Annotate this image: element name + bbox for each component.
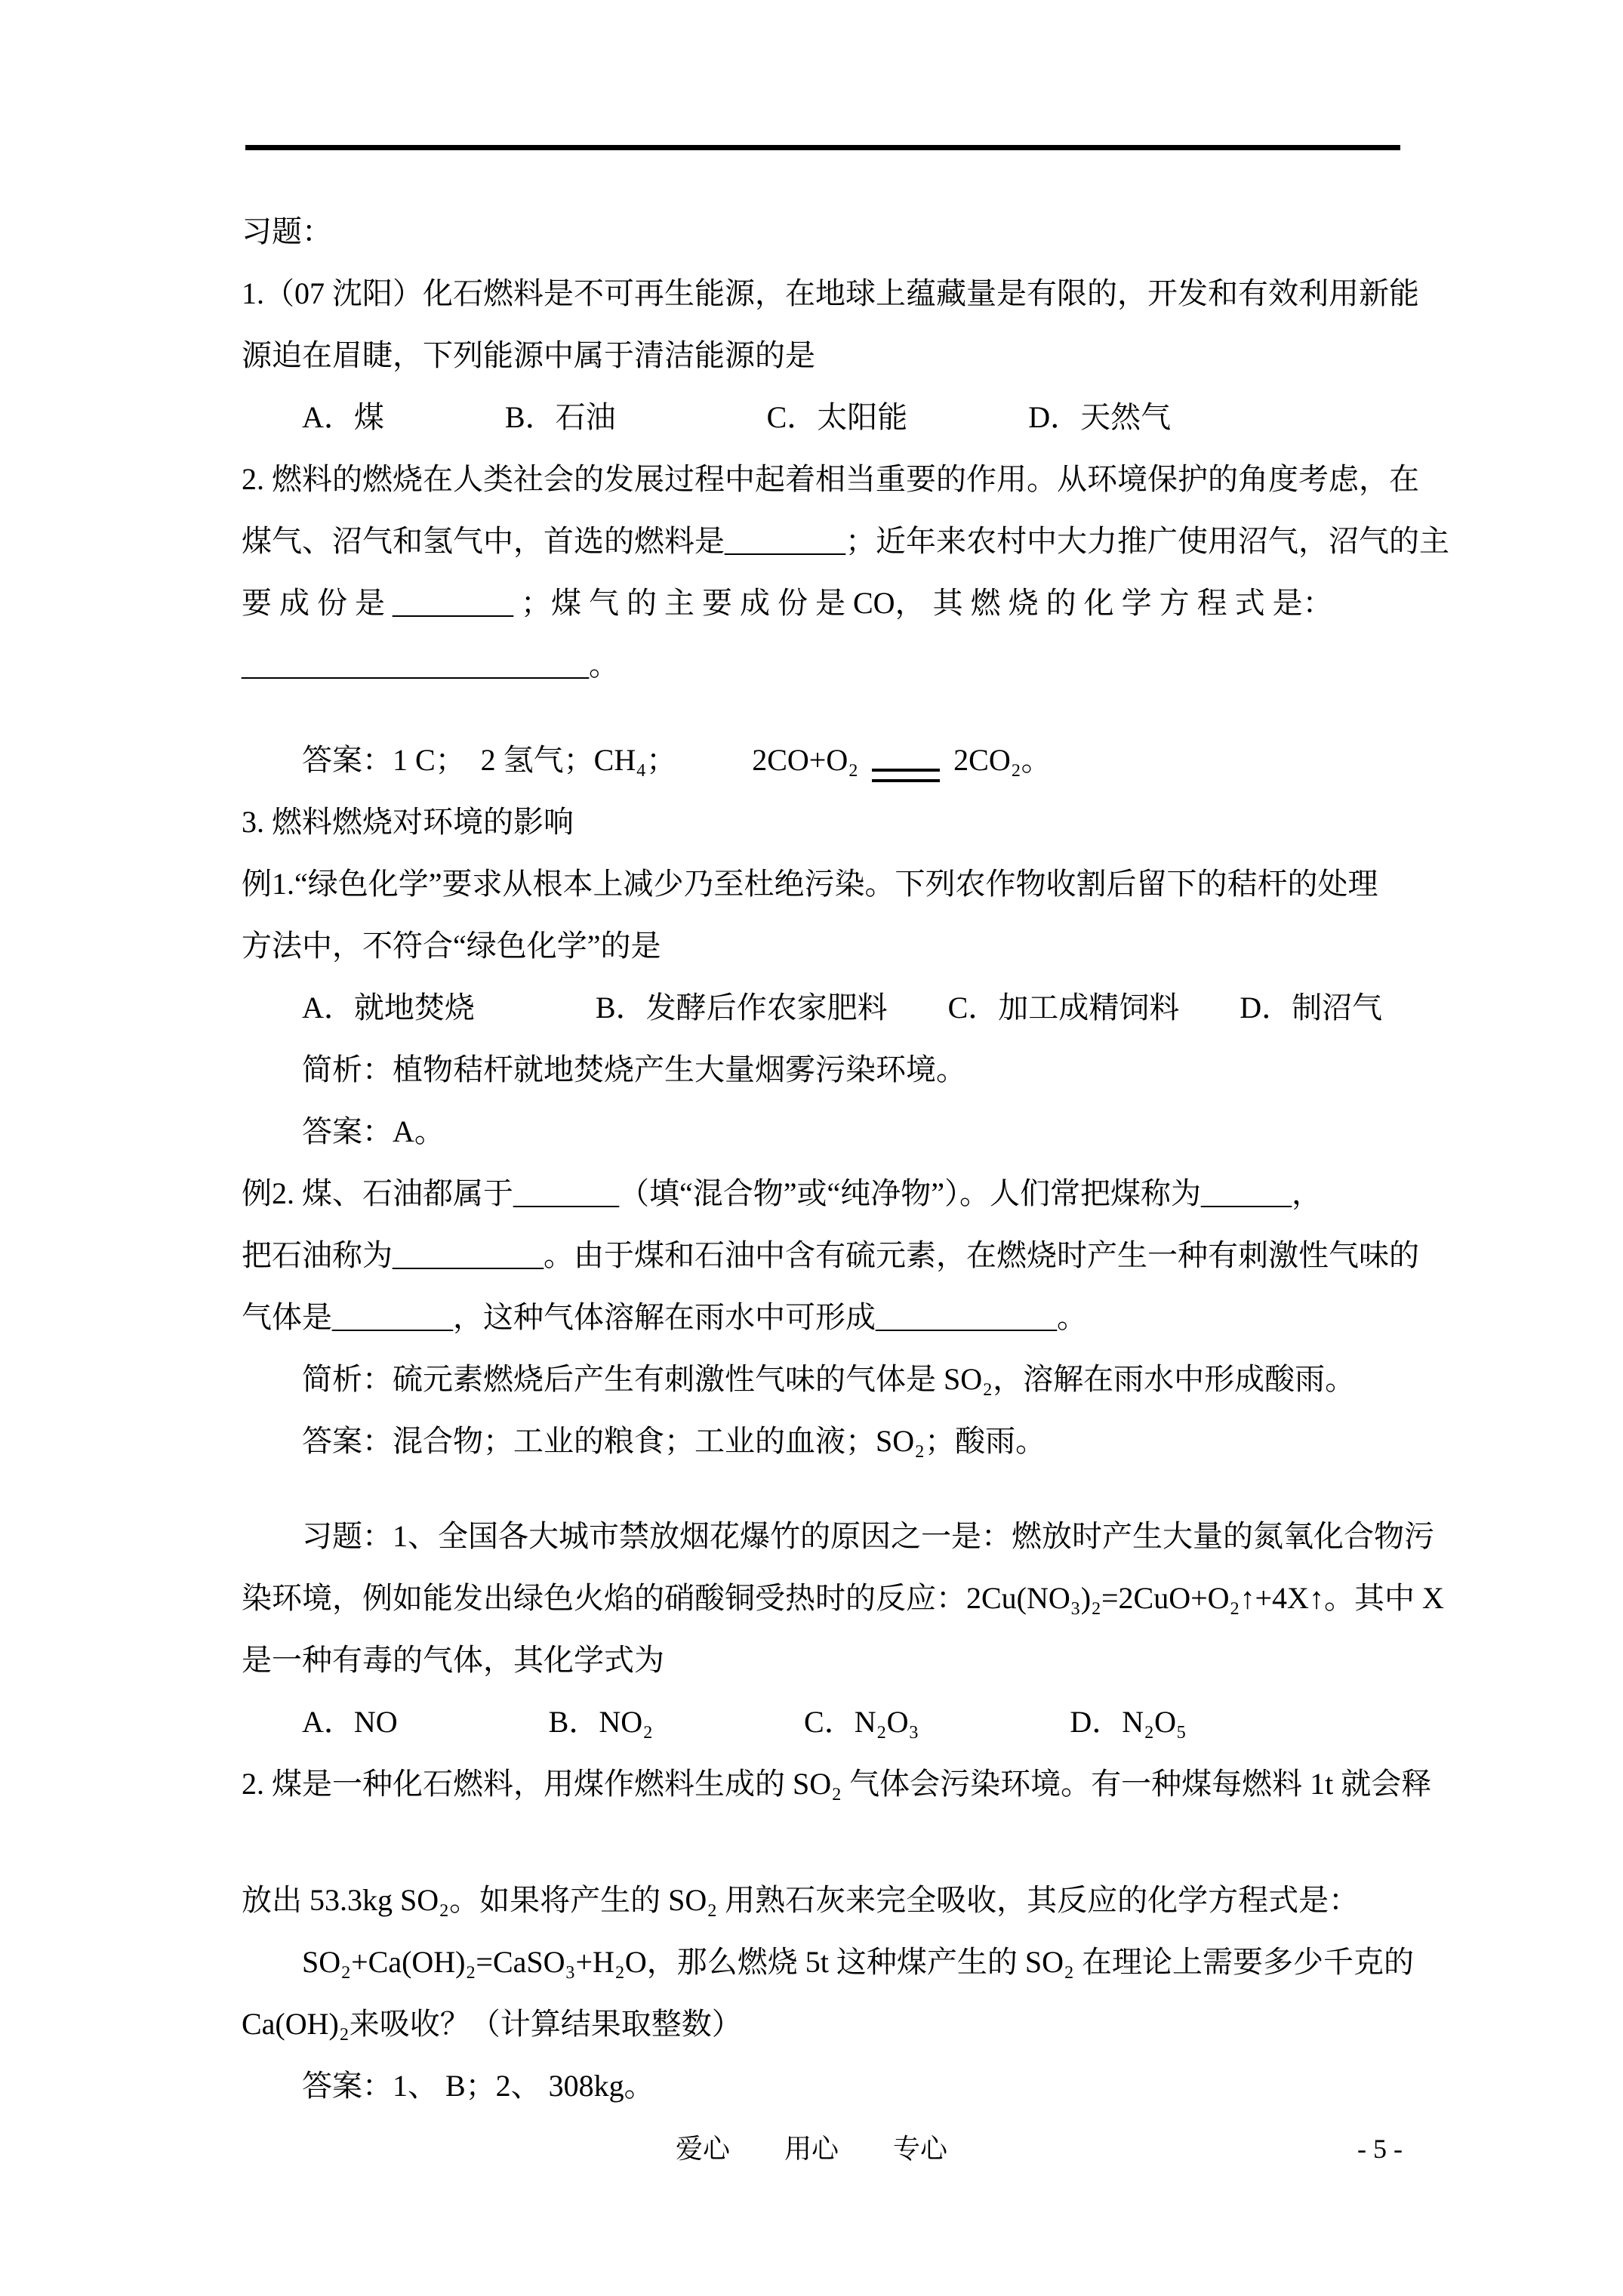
text-line: 2. 煤是一种化石燃料，用煤作燃料生成的 SO₂ 气体会污染环境。有一种煤每燃料… <box>242 1753 1408 1815</box>
text-line: 是一种有毒的气体，其化学式为 <box>242 1629 1408 1691</box>
text-line: 气体是________，这种气体溶解在雨水中可形成____________。 <box>242 1287 1408 1348</box>
document-page: 习题：1.（07 沈阳）化石燃料是不可再生能源，在地球上蕴藏量是有限的，开发和有… <box>0 0 1623 2296</box>
text-line: 煤气、沼气和氢气中，首选的燃料是________；近年来农村中大力推广使用沼气，… <box>242 510 1408 572</box>
text-line: Ca(OH)₂来吸收？（计算结果取整数） <box>242 1993 1408 2055</box>
text-line: 把石油称为__________。由于煤和石油中含有硫元素，在燃烧时产生一种有刺激… <box>242 1225 1408 1287</box>
text-line: 源迫在眉睫，下列能源中属于清洁能源的是 <box>242 325 1408 387</box>
text-line: 要 成 份 是 ________ ；煤 气 的 主 要 成 份 是 CO， 其 … <box>242 572 1408 634</box>
text-line: 染环境，例如能发出绿色火焰的硝酸铜受热时的反应：2Cu(NO₃)₂=2CuO+O… <box>242 1567 1408 1629</box>
options-row: A．就地焚烧 B．发酵后作农家肥料 C．加工成精饲料 D．制沼气 <box>242 977 1408 1039</box>
text-line: 放出 53.3kg SO₂。如果将产生的 SO₂ 用熟石灰来完全吸收，其反应的化… <box>242 1869 1408 1931</box>
chem-equation-equals-sign <box>872 769 940 782</box>
text-line: _______________________。 <box>242 634 1408 696</box>
answer-line: 答案：A。 <box>242 1101 1408 1163</box>
text-line: 3. 燃料燃烧对环境的影响 <box>242 791 1408 853</box>
answer-line: 答案：混合物；工业的粮食；工业的血液；SO₂；酸雨。 <box>242 1410 1408 1472</box>
text-line: 习题： <box>242 201 1408 263</box>
text-line: 方法中，不符合“绿色化学”的是 <box>242 915 1408 977</box>
text-line: 例2. 煤、石油都属于_______（填“混合物”或“纯净物”）。人们常把煤称为… <box>242 1163 1408 1225</box>
document-body: 习题：1.（07 沈阳）化石燃料是不可再生能源，在地球上蕴藏量是有限的，开发和有… <box>242 201 1408 2117</box>
answer-line: 答案：1、 B；2、 308kg。 <box>242 2055 1408 2117</box>
page-footer: 爱心 用心 专心 - 5 - <box>0 2119 1623 2179</box>
text-segment: 答案：1 C； 2 氢气；CH₄； 2CO+O₂ <box>302 743 858 777</box>
text-segment: 2CO₂。 <box>953 743 1052 777</box>
page-number: - 5 - <box>1357 2119 1403 2179</box>
options-row: A．NO B．NO₂ C．N₂O₃ D．N₂O₅ <box>242 1691 1408 1753</box>
options-row: A．煤 B．石油 C．太阳能 D．天然气 <box>242 387 1408 448</box>
text-line: 例1.“绿色化学”要求从根本上减少乃至杜绝污染。下列农作物收割后留下的秸杆的处理 <box>242 853 1408 915</box>
text-line: SO₂+Ca(OH)₂=CaSO₃+H₂O，那么燃烧 5t 这种煤产生的 SO₂… <box>242 1931 1408 1993</box>
text-line: 2. 燃料的燃烧在人类社会的发展过程中起着相当重要的作用。从环境保护的角度考虑，… <box>242 448 1408 510</box>
analysis-line: 简析：硫元素燃烧后产生有刺激性气味的气体是 SO₂，溶解在雨水中形成酸雨。 <box>242 1348 1408 1410</box>
header-rule <box>245 145 1400 150</box>
text-line: 1.（07 沈阳）化石燃料是不可再生能源，在地球上蕴藏量是有限的，开发和有效利用… <box>242 263 1408 325</box>
text-line: 习题：1、全国各大城市禁放烟花爆竹的原因之一是：燃放时产生大量的氮氧化合物污 <box>242 1505 1408 1567</box>
analysis-line: 简析：植物秸杆就地焚烧产生大量烟雾污染环境。 <box>242 1039 1408 1101</box>
answer-line: 答案：1 C； 2 氢气；CH₄； 2CO+O₂2CO₂。 <box>242 729 1408 791</box>
